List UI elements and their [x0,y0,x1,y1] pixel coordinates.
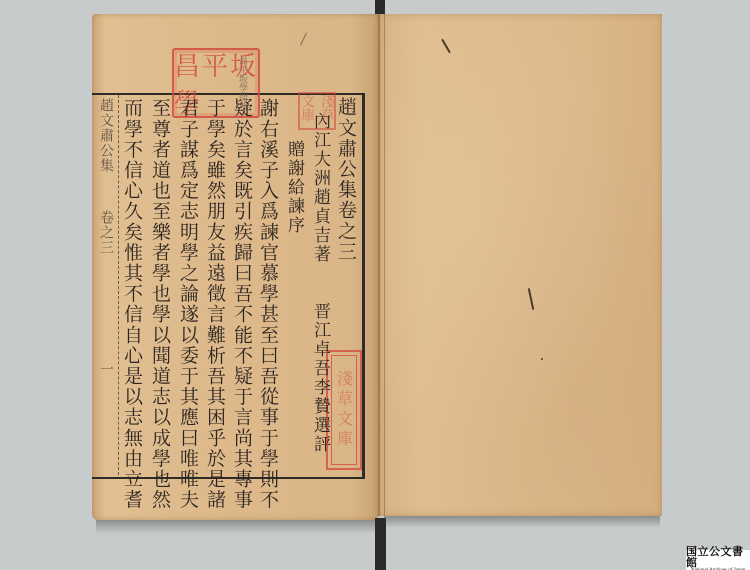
archive-logo: 国立公文書館 National Archives of Japan [686,550,750,570]
page-shadow-right [384,516,660,528]
fore-edge-rule [118,95,119,475]
fore-edge-book-title: 趙文肅公集 [94,98,118,173]
text-column: 于學矣雖然朋友益遠徵言難析吾其困乎於是諸 [203,98,227,510]
book-title-column: 趙文肅公集卷之三 [334,97,358,262]
gutter-line [384,14,385,516]
editor-column: 晋江卓吾李贄選評 [308,302,332,454]
paper-stain [541,358,543,360]
author-column: 內江大洲趙貞吉著 [308,112,332,264]
text-column: 君子謀爲定志明學之論遂以委于其應曰唯唯夫 [176,98,200,510]
page-shadow-left [96,520,378,534]
right-page [378,14,662,516]
essay-title-column: 贈謝給諫序 [282,140,306,235]
text-column: 疑於言矣既引疾歸曰吾不能不疑于言尚其專事 [230,98,254,510]
fore-edge-page-number: 一 [94,362,118,377]
text-column: 謝右溪子入爲諫官慕學甚至曰吾從事于學則不 [256,98,280,510]
archive-logo-japanese: 国立公文書館 [686,546,750,568]
fore-edge-volume: 卷之三 [94,210,118,255]
spine-bottom [375,518,386,570]
seal-rect-text: 淺草文庫 [333,370,356,450]
text-column: 而學不信心久矣惟其不信自心是以志無由立耆 [120,98,144,510]
text-column: 至尊者道也至樂者學也學以聞道志以成學也然 [148,98,172,510]
